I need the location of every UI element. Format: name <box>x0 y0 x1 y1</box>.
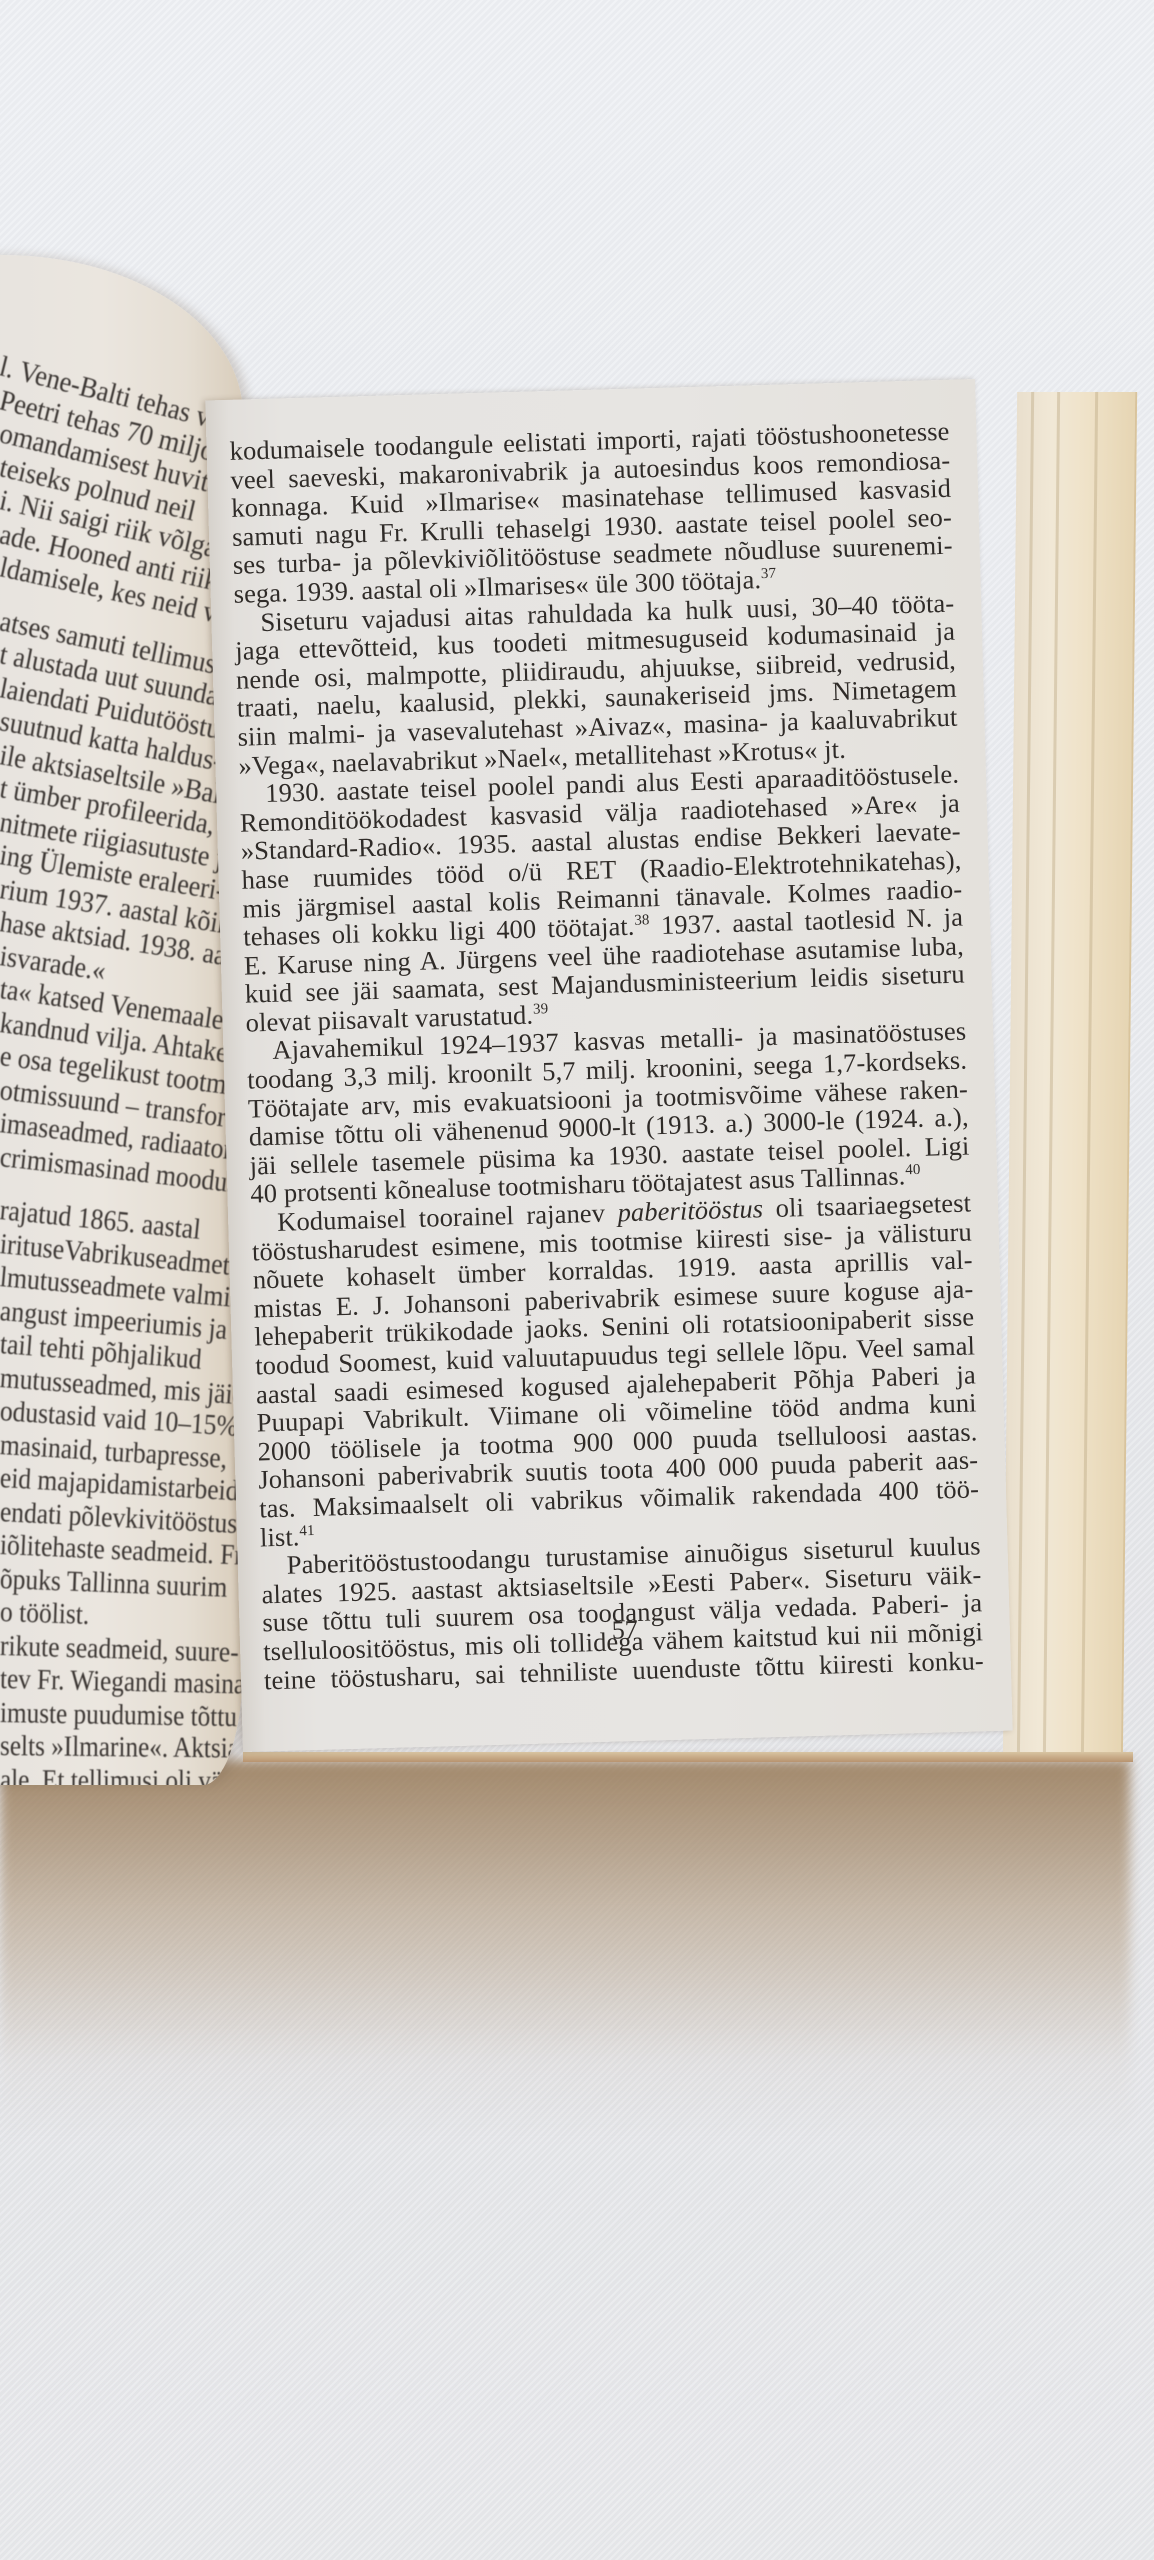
left-page-line: ale. Et tellimusi oli väh- <box>0 1764 243 1785</box>
footnote-marker: 37 <box>761 566 777 582</box>
left-page-text: l. Vene-Balti tehas võlgnesPeetri tehas … <box>0 350 243 1785</box>
footnote-marker: 39 <box>533 1001 549 1017</box>
page-bottom-edge <box>243 1752 1133 1762</box>
page-body-text: kodumaisele toodangule eelistati importi… <box>229 417 984 1695</box>
left-page-curled: l. Vene-Balti tehas võlgnesPeetri tehas … <box>0 255 243 1785</box>
book-shadow <box>0 1760 1130 2140</box>
right-page: kodumaisele toodangule eelistati importi… <box>205 379 1012 1752</box>
footnote-marker: 41 <box>299 1522 315 1538</box>
footnote-marker: 38 <box>634 912 650 928</box>
left-page-line: imuste puudumise tõttu <box>0 1697 243 1735</box>
footnote-marker: 40 <box>905 1162 921 1178</box>
left-page-line: selts »Ilmarine«. Aktsia- <box>0 1730 243 1766</box>
page-edge-line <box>1043 392 1060 1762</box>
book-page-block-edge <box>1003 392 1137 1762</box>
page-edge-line <box>1081 392 1098 1762</box>
page-edge-line <box>1017 392 1034 1762</box>
